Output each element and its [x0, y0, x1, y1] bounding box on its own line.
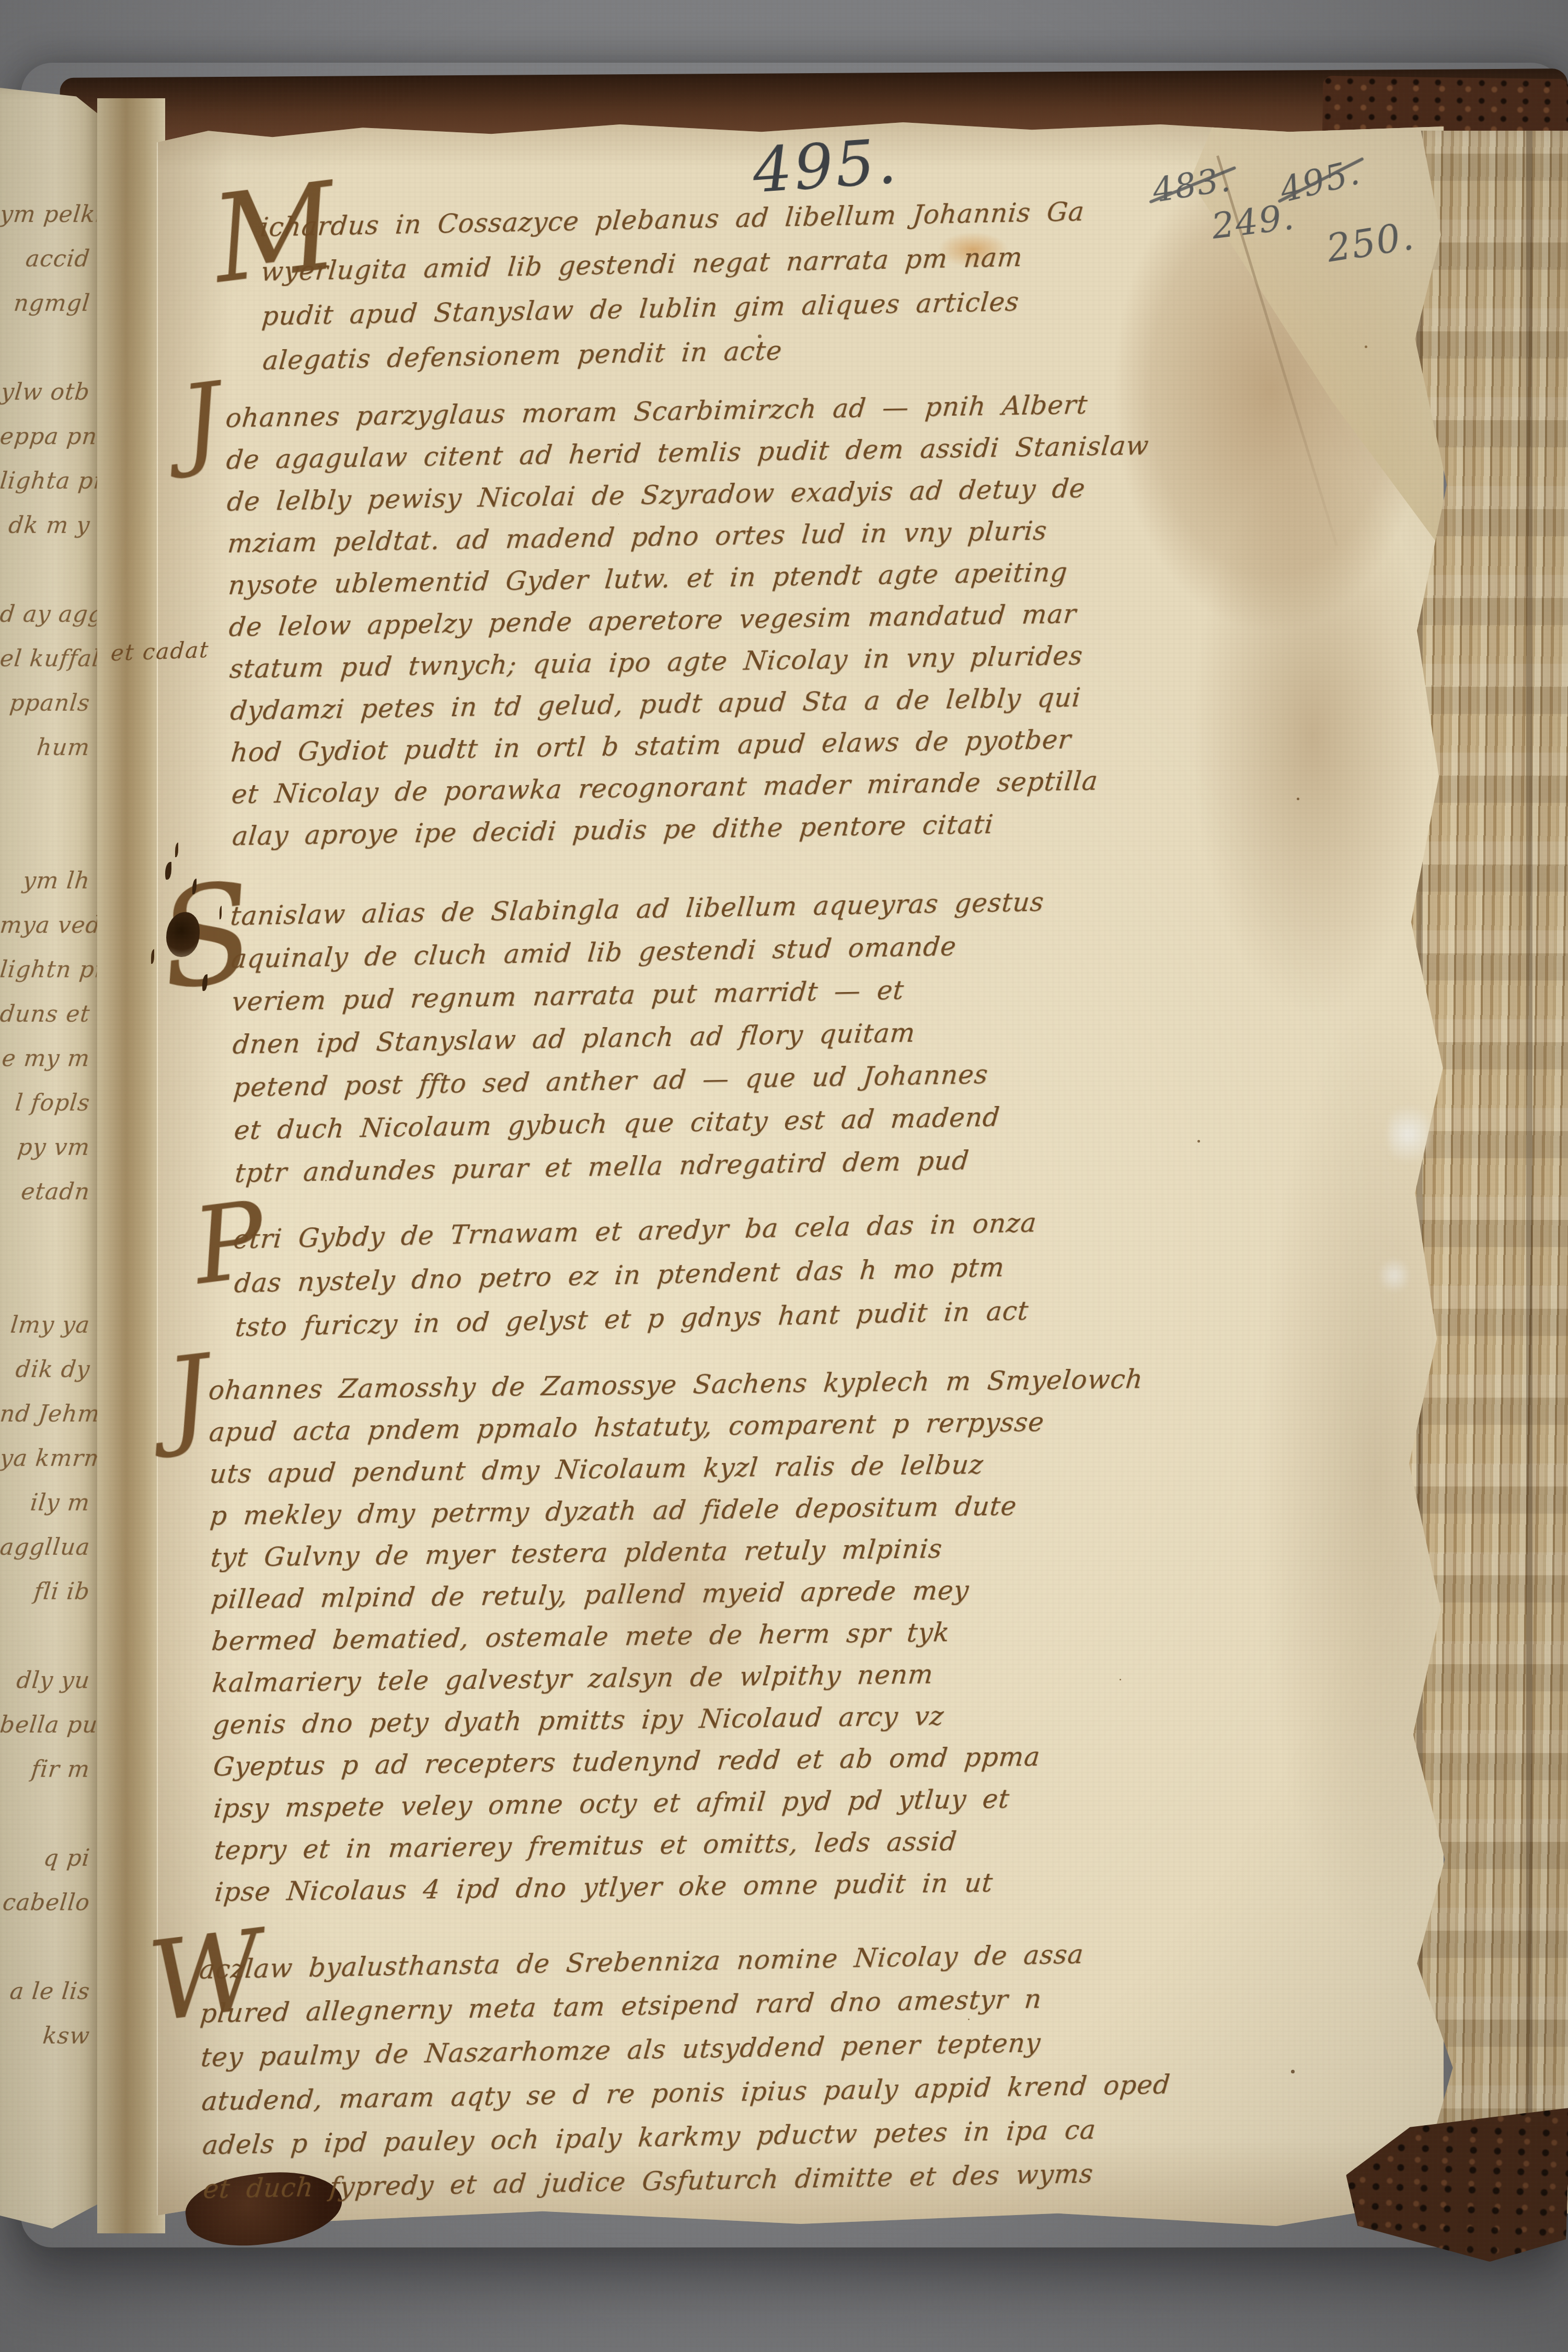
facing-page-text-fragment: [0, 814, 99, 859]
facing-page-text-fragment: [0, 1614, 99, 1658]
facing-page-text-fragment: lighta pn: [0, 459, 99, 503]
facing-page-text-fragment: nd Jehm: [0, 1392, 99, 1436]
paragraph-1-entry: M ichardus in Cossazyce plebanus ad libe…: [260, 183, 1394, 383]
facing-page-text-fragment: d ay aggho: [0, 592, 99, 637]
facing-page-text-fragment: [0, 2147, 99, 2192]
paragraph-2-initial: J: [181, 419, 222, 423]
facing-page-text-fragment: a le lis: [0, 1969, 99, 2014]
facing-page-edge: ym pelkiaccidngmglylw otbeppa pnlighta p…: [0, 88, 100, 2235]
facing-page-text-fragment: [0, 2103, 99, 2147]
facing-page-text-fragment: dik dy: [0, 1347, 99, 1392]
facing-page-text-fragment: ym lh: [0, 859, 99, 903]
paragraph-5-entry: J ohannes Zamosshy de Zamossye Sachens k…: [209, 1355, 1420, 1913]
foxing-specks: [758, 335, 762, 338]
paragraph-4-lines: etri Gybdy de Trnawam et aredyr ba cela …: [233, 1193, 1401, 1350]
facing-page-text-fragment: mya ved: [0, 903, 99, 948]
facing-page-text-fragment: ym pelki: [0, 192, 99, 237]
paragraph-6-entry: W aczlaw byalusthansta de Srebenniza nom…: [199, 1927, 1419, 2211]
facing-page-text-fragment: cabello: [0, 1881, 99, 1925]
facing-page-text-fragment: q pi: [0, 1836, 99, 1881]
facing-page-text-fragment: [0, 326, 99, 370]
facing-page-text-fragment: ylw otb: [0, 370, 99, 414]
facing-page-text-fragment: duns et: [0, 992, 99, 1036]
facing-page-text-fragment: etadn: [0, 1170, 99, 1214]
mold-spot: [1388, 1098, 1429, 1171]
facing-page-text-fragment: ksw: [0, 2014, 99, 2058]
facing-page-text-fragment: el kuffal: [0, 637, 99, 681]
paragraph-6-lines: aczlaw byalusthansta de Srebenniza nomin…: [199, 1927, 1419, 2211]
facing-page-text-fragment: fli ib: [0, 1570, 99, 1614]
facing-page-text-fragment: e my m: [0, 1036, 99, 1081]
facing-page-text-fragment: [0, 770, 99, 814]
facing-page-text-fragment: [0, 548, 99, 592]
facing-page-text-fragment: ily m: [0, 1481, 99, 1525]
facing-page-text-fragment: eppa pn: [0, 414, 99, 459]
facing-page-text-fragment: bella pu: [0, 1703, 99, 1747]
facing-page-text-fragment: l fopls: [0, 1081, 99, 1125]
facing-page-text-fragment: py vm: [0, 1125, 99, 1170]
paragraph-2-entry: J ohannes parzyglaus moram Scarbimirzch …: [225, 378, 1419, 857]
facing-page-text-fragment: accid: [0, 237, 99, 281]
facing-page-text-fragment: lmy ya: [0, 1303, 99, 1347]
facing-page-text-fragment: hum: [0, 725, 99, 770]
facing-page-text-fragment: dly yu: [0, 1658, 99, 1703]
binding-gutter: [97, 98, 165, 2233]
paragraph-4-entry: P etri Gybdy de Trnawam et aredyr ba cel…: [233, 1193, 1401, 1350]
facing-page-text-fragment: ngmgl: [0, 281, 99, 326]
facing-page-text-fragment: fir m: [0, 1747, 99, 1792]
facing-page-text-fragment: lightn pn: [0, 948, 99, 992]
facing-page-text-fragment: [0, 1259, 99, 1303]
facing-page-text-fragment: [0, 1925, 99, 1969]
facing-page-text-fragment: ya kmrm: [0, 1436, 99, 1481]
paragraph-3-lines: tanislaw alias de Slabingla ad libellum …: [230, 874, 1406, 1194]
paragraph-5-lines: ohannes Zamosshy de Zamossye Sachens kyp…: [209, 1355, 1420, 1913]
paragraph-1-lines: ichardus in Cossazyce plebanus ad libell…: [260, 183, 1394, 383]
facing-page-text-fragment: dk m y: [0, 503, 99, 548]
facing-page-text-fragment: aggllua: [0, 1525, 99, 1570]
paragraph-5-initial: J: [167, 1393, 211, 1399]
margin-note: et cadat: [110, 637, 210, 666]
facing-page-text-fragment: [0, 2058, 99, 2103]
facing-page-text-fragments: ym pelkiaccidngmglylw otbeppa pnlighta p…: [0, 192, 97, 2236]
mold-spot: [1380, 1254, 1409, 1296]
manuscript-book-photo: ym pelkiaccidngmglylw otbeppa pnlighta p…: [0, 0, 1568, 2352]
facing-page-text-fragment: [0, 1214, 99, 1259]
paragraph-3-entry: S tanislaw alias de Slabingla ad libellu…: [230, 874, 1406, 1194]
paragraph-2-lines: ohannes parzyglaus moram Scarbimirzch ad…: [225, 378, 1419, 857]
facing-page-text-fragment: [0, 1792, 99, 1836]
facing-page-text-fragment: ppanls: [0, 681, 99, 725]
